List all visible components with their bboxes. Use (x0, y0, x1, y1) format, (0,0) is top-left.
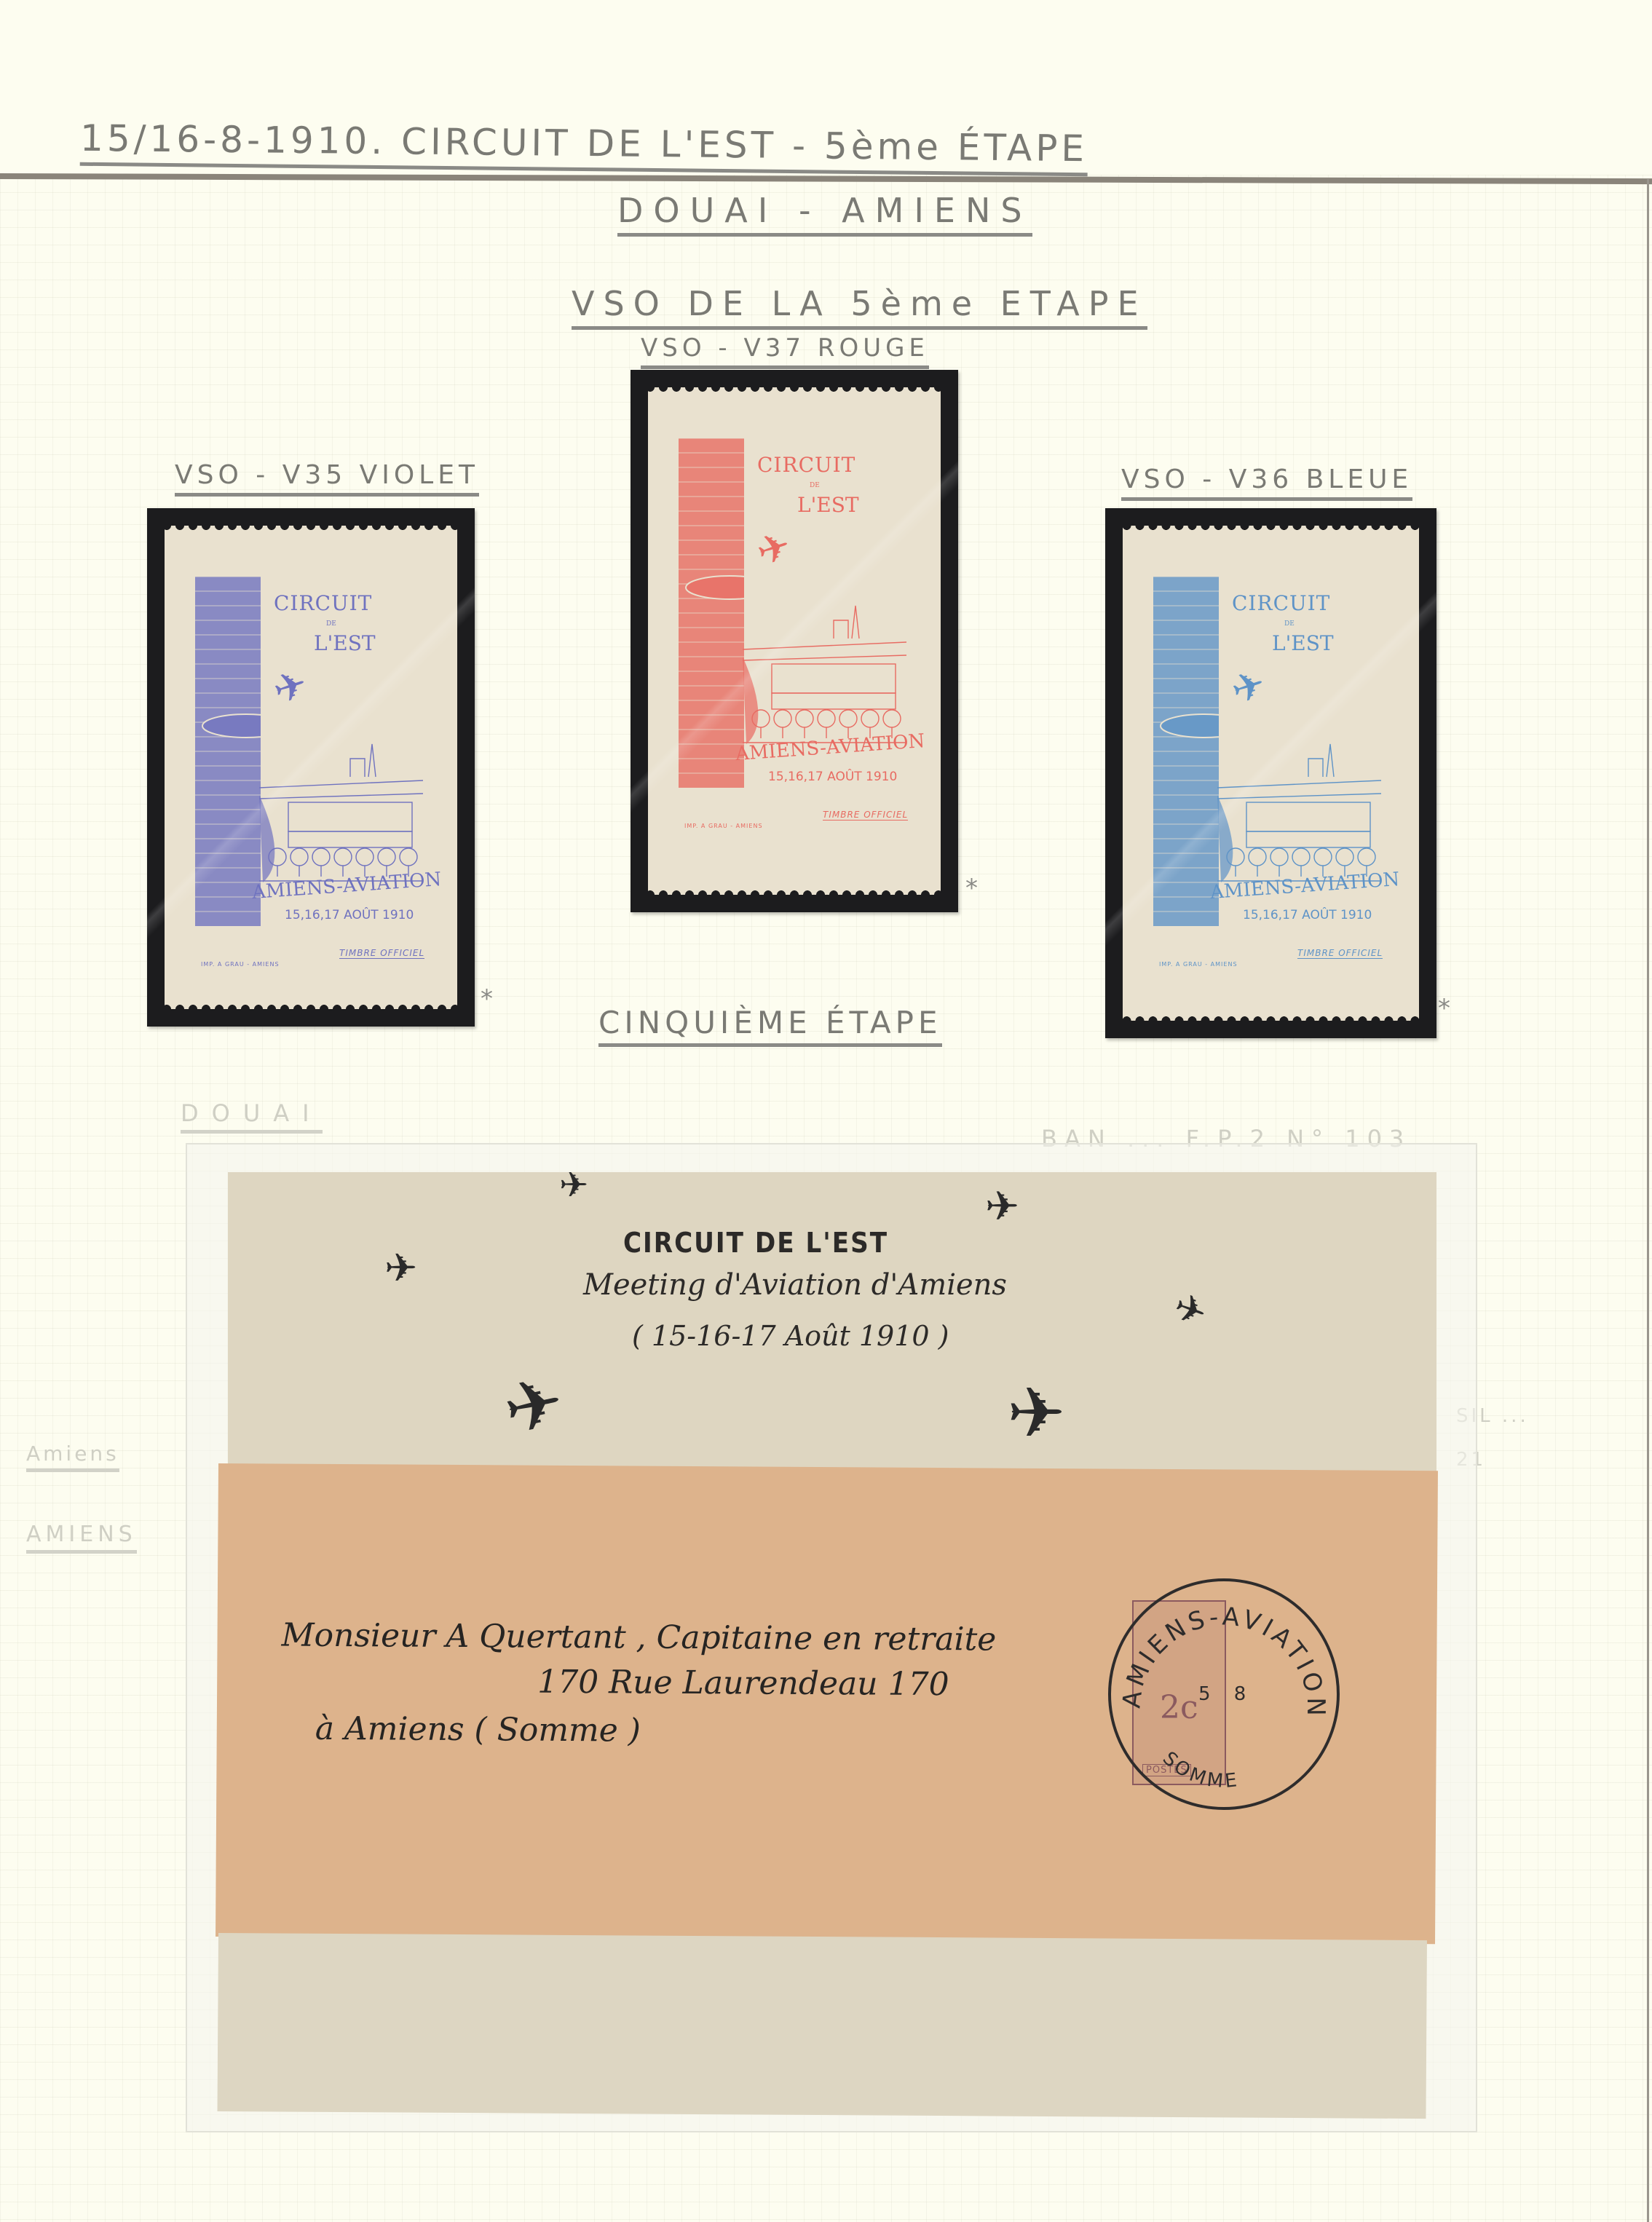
monoplane-icon: ✈ (985, 1183, 1019, 1230)
tower-illustration (679, 438, 744, 788)
asterisk-mark: * (1438, 994, 1450, 1023)
wrapper-bottom-panel (218, 1933, 1427, 2119)
postmark-date: 5 8 (1198, 1683, 1254, 1705)
vignettes-section-title: VSO DE LA 5ème ETAPE (572, 284, 1147, 330)
biplane-icon: ✈ (559, 1165, 588, 1206)
page-edge (1647, 179, 1649, 2222)
vignette-dates: 15,16,17 AOÛT 1910 (285, 908, 414, 922)
city-illustration (259, 715, 423, 882)
vignette-title: CIRCUIT (1232, 591, 1330, 615)
monoplane-icon: ✈ (1168, 1284, 1212, 1336)
wrapper-dates: ( 15-16-17 Août 1910 ) (632, 1320, 949, 1352)
vignette-title: CIRCUIT (757, 453, 855, 477)
vignette-title: L'EST (314, 631, 376, 655)
vignette-title-de: DE (1284, 620, 1295, 628)
faint-note: AMIENS (26, 1522, 137, 1554)
vignette-label: VSO - V35 VIOLET (175, 460, 479, 497)
asterisk-mark: * (481, 984, 493, 1013)
vignette-label: VSO - V37 ROUGE (641, 333, 929, 369)
vignette-official: TIMBRE OFFICIEL (339, 948, 424, 959)
vignette-stamp-bleue[interactable]: CIRCUITDEL'EST✈AMIENS-AVIATION15,16,17 A… (1123, 526, 1419, 1021)
cover-section-title: CINQUIÈME ÉTAPE (598, 1005, 942, 1047)
biplane-icon: ✈ (497, 1360, 571, 1452)
city-illustration (743, 577, 906, 744)
vignette-stamp-rouge[interactable]: CIRCUITDEL'EST✈AMIENS-AVIATION15,16,17 A… (648, 387, 941, 895)
address-line-2: 170 Rue Laurendeau 170 (537, 1664, 949, 1703)
vignette-title-de: DE (810, 482, 820, 489)
address-line-1: Monsieur A Quertant , Capitaine en retra… (281, 1617, 996, 1658)
stamp-mount: CIRCUITDEL'EST✈AMIENS-AVIATION15,16,17 A… (1105, 508, 1436, 1038)
wrapper-title: CIRCUIT DE L'EST (151, 1227, 1360, 1259)
vignette-title: CIRCUIT (274, 591, 372, 615)
vignette-title: L'EST (1272, 631, 1334, 655)
faint-note: DOUAI (181, 1099, 323, 1134)
tower-illustration (1153, 577, 1219, 926)
vignette-label: VSO - V36 BLEUE (1121, 464, 1412, 501)
postmark-lower-text: SOMME (1158, 1747, 1241, 1792)
asterisk-mark: * (965, 874, 978, 903)
biplane-icon: ✈ (1007, 1372, 1065, 1454)
tower-illustration (195, 577, 261, 926)
stamp-mount: CIRCUITDEL'EST✈AMIENS-AVIATION15,16,17 A… (631, 370, 958, 912)
airplane-icon: ✈ (751, 522, 797, 576)
wrapper-top-panel: ✈ ✈ ✈ ✈ ✈ ✈ CIRCUIT DE L'EST Meeting d'A… (228, 1172, 1436, 1478)
airplane-icon: ✈ (267, 660, 313, 714)
vignette-official: TIMBRE OFFICIEL (823, 810, 908, 821)
postmark-cancel: AMIENS-AVIATION SOMME 5 8 (1108, 1578, 1340, 1810)
route-title: DOUAI - AMIENS (617, 191, 1032, 237)
vignette-title-de: DE (326, 620, 336, 628)
address-line-3: à Amiens ( Somme ) (315, 1710, 641, 1749)
vignette-printer: IMP. A GRAU - AMIENS (201, 961, 280, 968)
wrapper-subtitle: Meeting d'Aviation d'Amiens (583, 1268, 1007, 1302)
vignette-printer: IMP. A GRAU - AMIENS (1159, 961, 1238, 968)
faint-note: Amiens (26, 1442, 119, 1472)
vignette-dates: 15,16,17 AOÛT 1910 (768, 770, 897, 784)
vignette-official: TIMBRE OFFICIEL (1297, 948, 1383, 959)
page-heading: 15/16-8-1910. CIRCUIT DE L'EST - 5ème ÉT… (80, 117, 1088, 176)
city-illustration (1217, 715, 1381, 882)
vignette-dates: 15,16,17 AOÛT 1910 (1243, 908, 1372, 922)
vignette-printer: IMP. A GRAU - AMIENS (684, 823, 763, 829)
svg-text:SOMME: SOMME (1158, 1747, 1241, 1792)
vignette-title: L'EST (797, 493, 859, 517)
vignette-stamp-violet[interactable]: CIRCUITDEL'EST✈AMIENS-AVIATION15,16,17 A… (165, 526, 457, 1009)
airplane-icon: ✈ (1225, 660, 1271, 714)
stamp-mount: CIRCUITDEL'EST✈AMIENS-AVIATION15,16,17 A… (147, 508, 475, 1027)
